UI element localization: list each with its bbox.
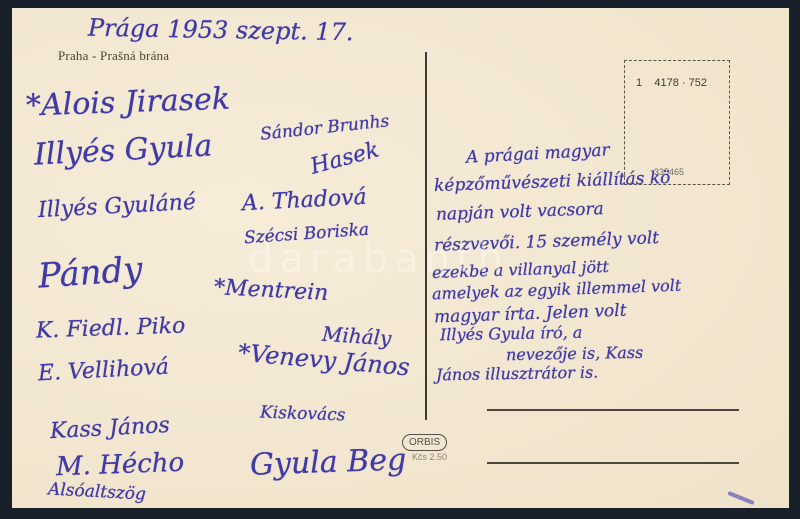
signature: K. Fiedl. Piko [36,315,186,342]
signature: *Alois Jirasek [26,84,231,121]
signature: Kass János [50,415,171,443]
signature: Gyula Beg [250,445,407,480]
signature: Alsóaltszög [48,481,147,503]
postcard: Praha - Prašná brána 1 4178 · 752 335465… [12,8,789,508]
signature: Pándy [37,252,144,293]
stamp-box: 1 4178 · 752 335465 [624,60,730,185]
signature: M. Hécho [56,450,185,480]
address-line-2 [487,462,739,464]
postcard-caption: Praha - Prašná brána [58,48,169,64]
stamp-code: 1 4178 · 752 [636,77,707,89]
message-line: A prágai magyar [466,142,610,166]
watermark: darabanth [248,236,509,282]
message-line: Illyés Gyula író, a [440,325,583,343]
publisher-logo: ORBIS [402,434,447,451]
signature: Illyés Gyuláné [38,192,197,222]
signature: Kiskovács [260,405,346,425]
message-line: napján volt vacsora [436,201,604,224]
signature: Illyés Gyula [33,131,213,170]
message-line: János illusztrátor is. [436,365,599,384]
message-line: nevezője is, Kass [506,345,644,363]
address-line-1 [487,409,739,411]
price-mark: Kčs 2.50 [412,452,447,462]
signature: A. Thadová [242,187,368,215]
ink-smudge [727,491,754,505]
message-line: képzőművészeti kiállítás kö [434,170,671,195]
signature: E. Vellihová [38,357,170,386]
signature: Mihály [321,324,392,349]
signature: Hasek [308,139,381,178]
date-header: Prága 1953 szept. 17. [88,16,354,45]
